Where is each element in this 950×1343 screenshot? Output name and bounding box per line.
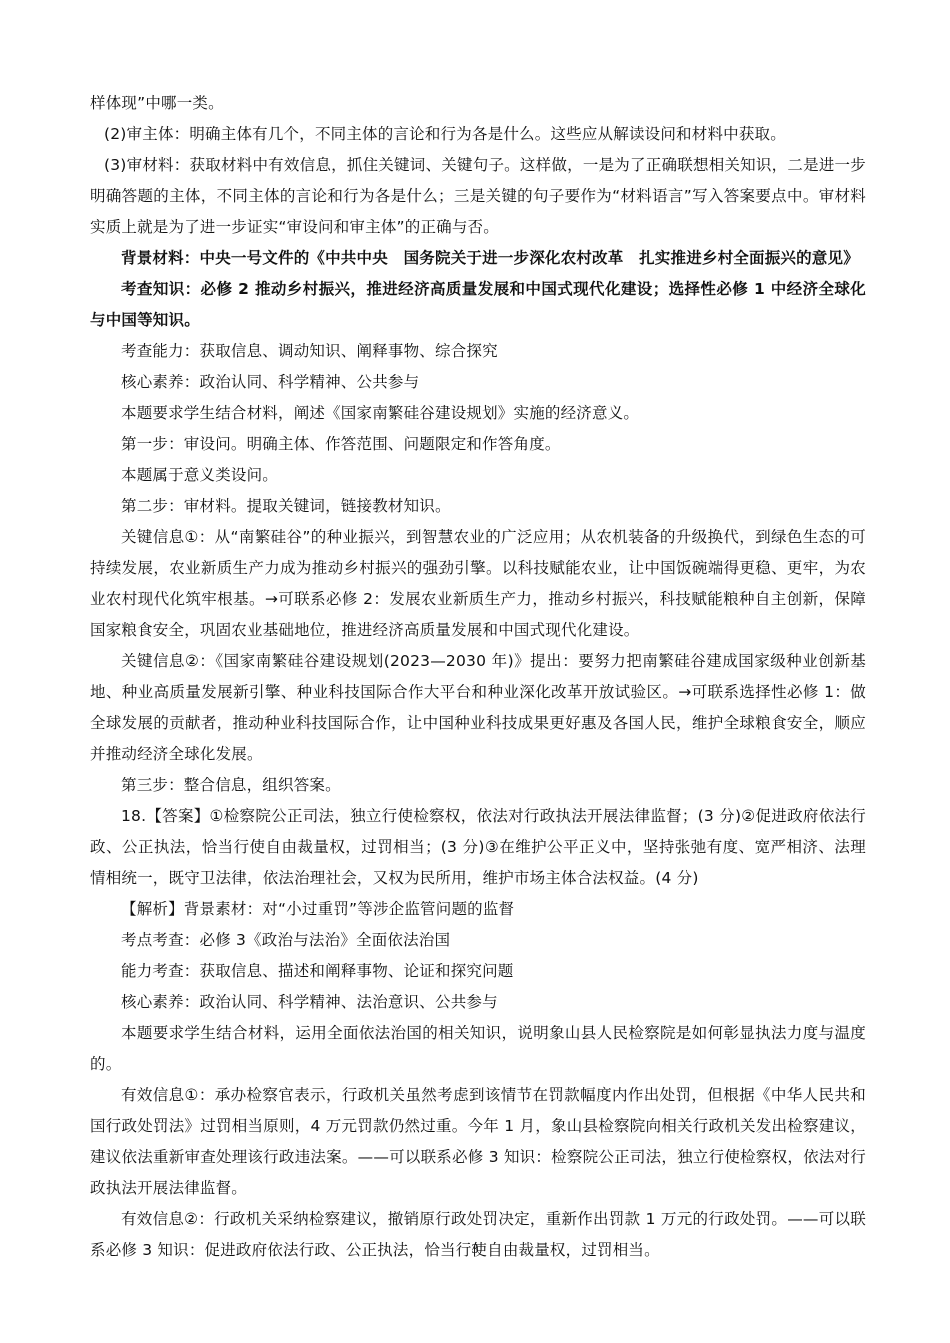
paragraph-tested-knowledge: 考查知识：必修 2 推动乡村振兴，推进经济高质量发展和中国式现代化建设；选择性必… — [90, 274, 866, 336]
paragraph-review-material: (3)审材料：获取材料中有效信息，抓住关键词、关键句子。这样做，一是为了正确联想… — [90, 150, 866, 243]
paragraph-continuation: 样体现”中哪一类。 — [90, 88, 866, 119]
paragraph-step-three: 第三步：整合信息，组织答案。 — [90, 770, 866, 801]
paragraph-key-info-1: 关键信息①：从“南繁硅谷”的种业振兴，到智慧农业的广泛应用；从农机装备的升级换代… — [90, 522, 866, 646]
paragraph-tested-ability: 考查能力：获取信息、调动知识、阐释事物、综合探究 — [90, 336, 866, 367]
paragraph-background-material: 背景材料：中央一号文件的《中共中央 国务院关于进一步深化农村改革 扎实推进乡村全… — [90, 243, 866, 274]
paragraph-exam-point: 考点考查：必修 3《政治与法治》全面依法治国 — [90, 925, 866, 956]
paragraph-key-info-2: 关键信息②：《国家南繁硅谷建设规划(2023—2030 年)》提出：要努力把南繁… — [90, 646, 866, 770]
paragraph-core-literacy: 核心素养：政治认同、科学精神、公共参与 — [90, 367, 866, 398]
paragraph-answer-18: 18.【答案】①检察院公正司法，独立行使检察权，依法对行政执法开展法律监督；(3… — [90, 801, 866, 894]
page-number: 3 — [0, 1242, 950, 1258]
paragraph-core-literacy-2: 核心素养：政治认同、科学精神、法治意识、公共参与 — [90, 987, 866, 1018]
document-page: 样体现”中哪一类。 (2)审主体：明确主体有几个，不同主体的言论和行为各是什么。… — [90, 88, 866, 1266]
paragraph-ability-tested: 能力考查：获取信息、描述和阐释事物、论证和探究问题 — [90, 956, 866, 987]
paragraph-step-two: 第二步：审材料。提取关键词，链接教材知识。 — [90, 491, 866, 522]
paragraph-effective-info-1: 有效信息①：承办检察官表示，行政机关虽然考虑到该情节在罚款幅度内作出处罚，但根据… — [90, 1080, 866, 1204]
paragraph-analysis-background: 【解析】背景素材：对“小过重罚”等涉企监管问题的监督 — [90, 894, 866, 925]
paragraph-question-requirement: 本题要求学生结合材料，阐述《国家南繁硅谷建设规划》实施的经济意义。 — [90, 398, 866, 429]
paragraph-question-type: 本题属于意义类设问。 — [90, 460, 866, 491]
paragraph-review-subject: (2)审主体：明确主体有几个，不同主体的言论和行为各是什么。这些应从解读设问和材… — [90, 119, 866, 150]
paragraph-step-one: 第一步：审设问。明确主体、作答范围、问题限定和作答角度。 — [90, 429, 866, 460]
paragraph-question-requirement-2: 本题要求学生结合材料，运用全面依法治国的相关知识，说明象山县人民检察院是如何彰显… — [90, 1018, 866, 1080]
